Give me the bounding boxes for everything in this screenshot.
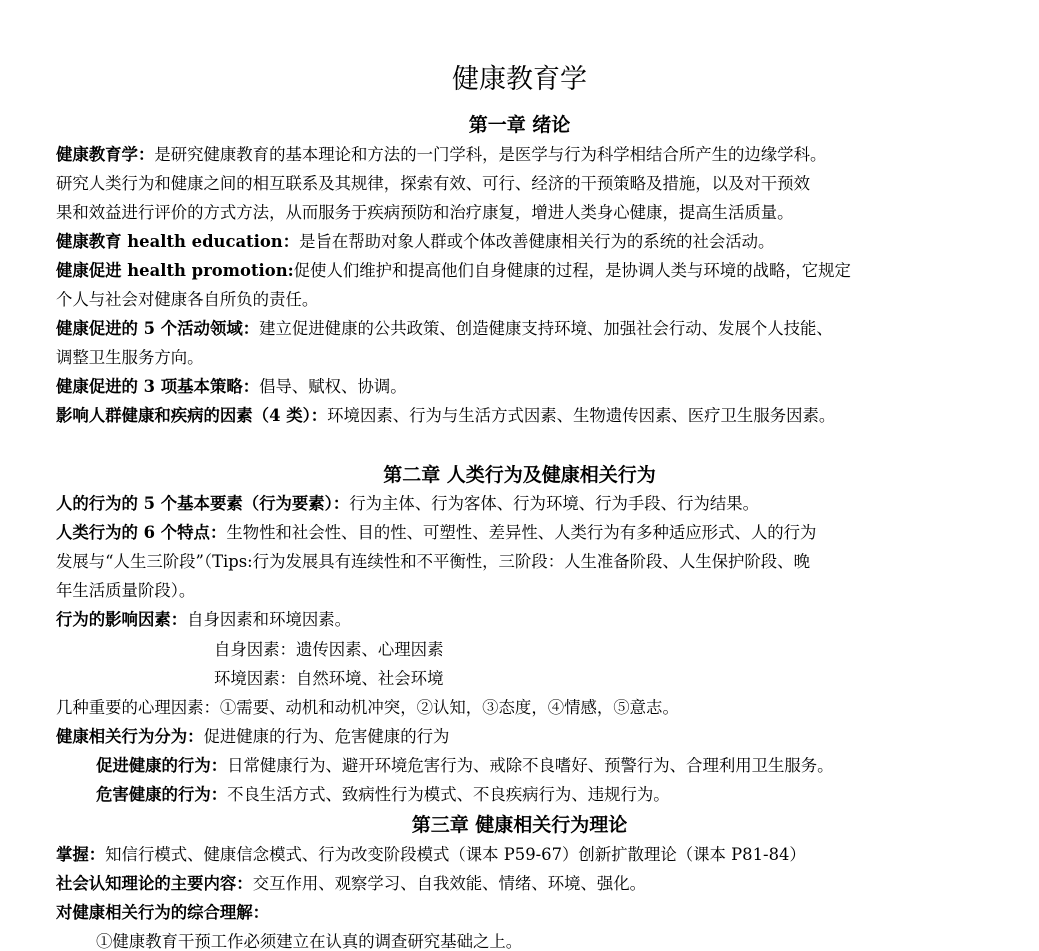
paragraph-line: 发展与“人生三阶段”（Tips:行为发展具有连续性和不平衡性，三阶段：人生准备阶… <box>56 550 810 574</box>
paragraph-line: 年生活质量阶段）。 <box>56 579 195 603</box>
term-label: 对健康相关行为的综合理解： <box>56 903 269 922</box>
paragraph-line: 个人与社会对健康各自所负的责任。 <box>56 288 318 312</box>
definition-text: 研究人类行为和健康之间的相互联系及其规律，探索有效、可行、经济的干预策略及措施，… <box>56 174 810 193</box>
paragraph-line: 健康促进的 3 项基本策略：倡导、赋权、协调。 <box>56 375 407 399</box>
definition-text: 促使人们维护和提高他们自身健康的过程，是协调人类与环境的战略，它规定 <box>294 261 851 280</box>
definition-text: 个人与社会对健康各自所负的责任。 <box>56 290 318 309</box>
paragraph-line: 危害健康的行为：不良生活方式、致病性行为模式、不良疾病行为、违规行为。 <box>96 783 670 807</box>
paragraph-line: 影响人群健康和疾病的因素（4 类）：环境因素、行为与生活方式因素、生物遗传因素、… <box>56 404 835 428</box>
paragraph-line: ①健康教育干预工作必须建立在认真的调查研究基础之上。 <box>96 930 522 951</box>
definition-text: 交互作用、观察学习、自我效能、情绪、环境、强化。 <box>253 874 646 893</box>
definition-text: 发展与“人生三阶段”（Tips:行为发展具有连续性和不平衡性，三阶段：人生准备阶… <box>56 552 810 571</box>
definition-text: 是研究健康教育的基本理论和方法的一门学科，是医学与行为科学相结合所产生的边缘学科… <box>154 145 826 164</box>
paragraph-line: 研究人类行为和健康之间的相互联系及其规律，探索有效、可行、经济的干预策略及措施，… <box>56 172 810 196</box>
paragraph-line: 几种重要的心理因素：①需要、动机和动机冲突，②认知，③态度，④情感，⑤意志。 <box>56 696 679 720</box>
paragraph-line: 促进健康的行为：日常健康行为、避开环境危害行为、戒除不良嗜好、预警行为、合理利用… <box>96 754 834 778</box>
definition-text: 倡导、赋权、协调。 <box>259 377 407 396</box>
definition-text: 生物性和社会性、目的性、可塑性、差异性、人类行为有多种适应形式、人的行为 <box>226 523 816 542</box>
paragraph-line: 掌握：知信行模式、健康信念模式、行为改变阶段模式（课本 P59-67）创新扩散理… <box>56 843 806 867</box>
definition-text: 不良生活方式、致病性行为模式、不良疾病行为、违规行为。 <box>227 785 670 804</box>
paragraph-line: 环境因素：自然环境、社会环境 <box>214 667 443 691</box>
paragraph-line: 健康相关行为分为：促进健康的行为、危害健康的行为 <box>56 725 449 749</box>
definition-text: 自身因素和环境因素。 <box>187 610 351 629</box>
term-label: 影响人群健康和疾病的因素（4 类）： <box>56 406 327 425</box>
term-label: 健康教育学： <box>56 145 154 164</box>
paragraph-line: 行为的影响因素：自身因素和环境因素。 <box>56 608 351 632</box>
definition-text: 环境因素：自然环境、社会环境 <box>214 669 443 688</box>
paragraph-line: 对健康相关行为的综合理解： <box>56 901 269 925</box>
paragraph-line: 健康教育 health education：是旨在帮助对象人群或个体改善健康相关… <box>56 230 774 254</box>
term-label: 健康促进的 5 个活动领域： <box>56 319 259 338</box>
definition-text: 促进健康的行为、危害健康的行为 <box>204 727 450 746</box>
term-label: 掌握： <box>56 845 105 864</box>
definition-text: 调整卫生服务方向。 <box>56 348 204 367</box>
paragraph-line: 人类行为的 6 个特点：生物性和社会性、目的性、可塑性、差异性、人类行为有多种适… <box>56 521 816 545</box>
paragraph-line: 健康教育学：是研究健康教育的基本理论和方法的一门学科，是医学与行为科学相结合所产… <box>56 143 826 167</box>
term-label: 人的行为的 5 个基本要素（行为要素）： <box>56 494 349 513</box>
term-label: 健康相关行为分为： <box>56 727 204 746</box>
definition-text: 日常健康行为、避开环境危害行为、戒除不良嗜好、预警行为、合理利用卫生服务。 <box>227 756 833 775</box>
definition-text: 是旨在帮助对象人群或个体改善健康相关行为的系统的社会活动。 <box>299 232 774 251</box>
term-label: 健康促进 health promotion: <box>56 261 294 280</box>
document-page: 健康教育学 第一章 绪论 健康教育学：是研究健康教育的基本理论和方法的一门学科，… <box>0 0 1039 951</box>
term-label: 危害健康的行为： <box>96 785 227 804</box>
definition-text: 建立促进健康的公共政策、创造健康支持环境、加强社会行动、发展个人技能、 <box>259 319 833 338</box>
term-label: 行为的影响因素： <box>56 610 187 629</box>
paragraph-line: 果和效益进行评价的方式方法，从而服务于疾病预防和治疗康复，增进人类身心健康，提高… <box>56 201 794 225</box>
term-label: 社会认知理论的主要内容： <box>56 874 253 893</box>
document-title: 健康教育学 <box>0 62 1039 98</box>
paragraph-line: 社会认知理论的主要内容：交互作用、观察学习、自我效能、情绪、环境、强化。 <box>56 872 646 896</box>
paragraph-line: 人的行为的 5 个基本要素（行为要素）：行为主体、行为客体、行为环境、行为手段、… <box>56 492 759 516</box>
paragraph-line: 自身因素：遗传因素、心理因素 <box>214 638 443 662</box>
paragraph-line: 调整卫生服务方向。 <box>56 346 204 370</box>
definition-text: 行为主体、行为客体、行为环境、行为手段、行为结果。 <box>349 494 759 513</box>
term-label: 健康教育 health education： <box>56 232 299 251</box>
definition-text: 自身因素：遗传因素、心理因素 <box>214 640 443 659</box>
term-label: 健康促进的 3 项基本策略： <box>56 377 259 396</box>
chapter-2-heading: 第二章 人类行为及健康相关行为 <box>0 462 1039 488</box>
chapter-1-heading: 第一章 绪论 <box>0 112 1039 138</box>
definition-text: 知信行模式、健康信念模式、行为改变阶段模式（课本 P59-67）创新扩散理论（课… <box>105 845 806 864</box>
chapter-3-heading: 第三章 健康相关行为理论 <box>0 812 1039 838</box>
paragraph-line: 健康促进的 5 个活动领域：建立促进健康的公共政策、创造健康支持环境、加强社会行… <box>56 317 833 341</box>
definition-text: 果和效益进行评价的方式方法，从而服务于疾病预防和治疗康复，增进人类身心健康，提高… <box>56 203 794 222</box>
term-label: 促进健康的行为： <box>96 756 227 775</box>
term-label: 人类行为的 6 个特点： <box>56 523 226 542</box>
paragraph-line: 健康促进 health promotion:促使人们维护和提高他们自身健康的过程… <box>56 259 851 283</box>
definition-text: ①健康教育干预工作必须建立在认真的调查研究基础之上。 <box>96 932 522 951</box>
definition-text: 年生活质量阶段）。 <box>56 581 195 600</box>
definition-text: 几种重要的心理因素：①需要、动机和动机冲突，②认知，③态度，④情感，⑤意志。 <box>56 698 679 717</box>
definition-text: 环境因素、行为与生活方式因素、生物遗传因素、医疗卫生服务因素。 <box>327 406 835 425</box>
